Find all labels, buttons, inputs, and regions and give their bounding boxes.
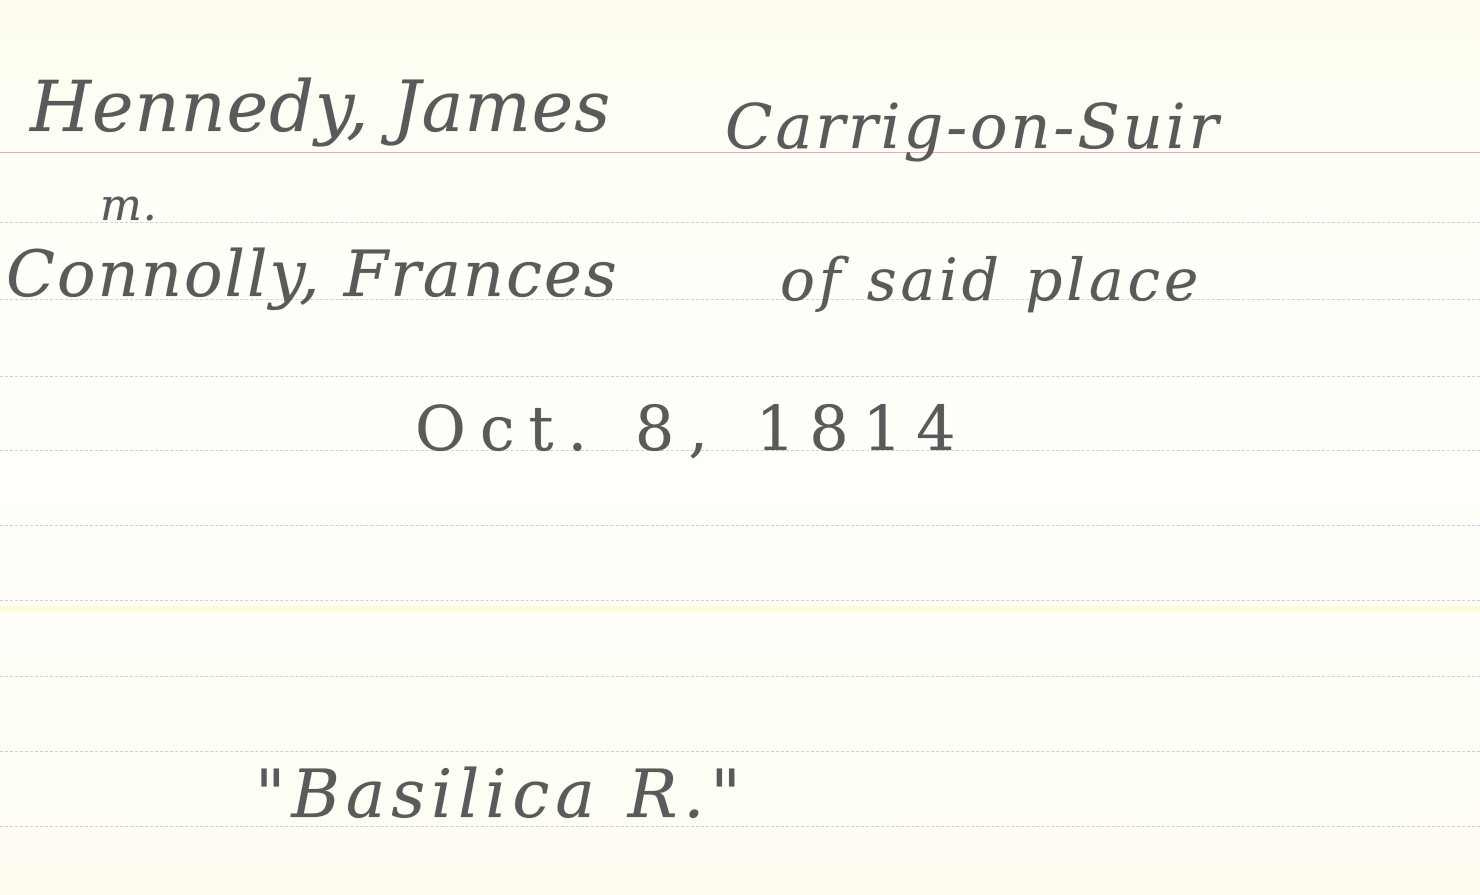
bride-residence: of said place	[780, 246, 1202, 314]
ruled-line	[0, 676, 1480, 677]
ruled-line	[0, 525, 1480, 526]
bride-name: Connolly, Frances	[6, 238, 619, 312]
marriage-date: Oct. 8, 1814	[415, 392, 970, 465]
index-card: Hennedy, James Carrig-on-Suir m. Connoll…	[0, 0, 1480, 895]
paper-discoloration	[0, 606, 1480, 612]
married-abbrev: m.	[100, 180, 158, 231]
ruled-line	[0, 376, 1480, 377]
ruled-line	[0, 600, 1480, 601]
ruled-line	[0, 222, 1480, 223]
groom-name: Hennedy, James	[30, 66, 611, 148]
ruled-line	[0, 751, 1480, 752]
record-source-note: "Basilica R."	[255, 756, 747, 833]
groom-residence: Carrig-on-Suir	[725, 90, 1221, 163]
